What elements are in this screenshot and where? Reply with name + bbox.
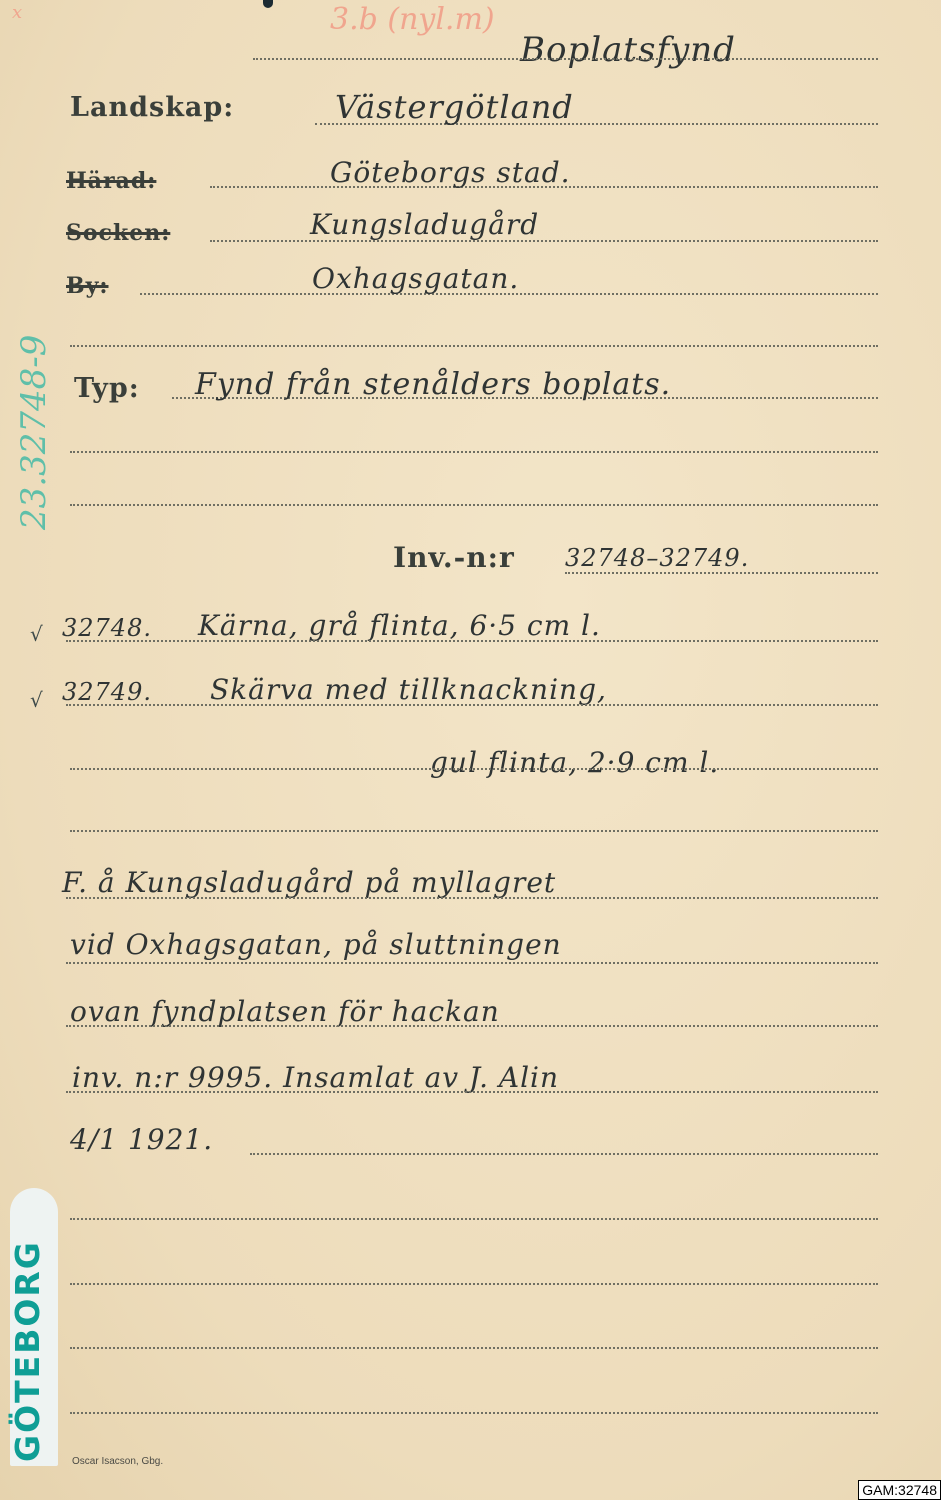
field-value-landskap: Västergötland [335, 88, 574, 126]
item-number: 32748. [62, 614, 152, 642]
field-value-harad: Göteborgs stad. [330, 156, 571, 189]
dotted-line [70, 1283, 878, 1285]
note-line: inv. n:r 9995. Insamlat av J. Alin [72, 1061, 559, 1094]
printer-imprint: Oscar Isacson, Gbg. [72, 1456, 163, 1467]
item-number: 32749. [62, 678, 152, 706]
field-label-socken: Socken: [66, 220, 170, 246]
typ-value: Fynd från stenålders boplats. [195, 367, 671, 402]
dotted-line [70, 504, 878, 506]
dotted-line [70, 1218, 878, 1220]
typ-label: Typ: [74, 373, 140, 404]
dotted-line [66, 704, 878, 706]
item-continuation: gul flinta, 2·9 cm l. [430, 746, 719, 779]
field-value-socken: Kungsladugård [310, 208, 539, 241]
dotted-line [70, 345, 878, 347]
catalog-id-label: GAM:32748 [858, 1480, 941, 1500]
dotted-line [70, 768, 878, 770]
field-label-harad: Härad: [66, 168, 156, 194]
inventory-range: 32748–32749. [565, 544, 749, 572]
note-line: vid Oxhagsgatan, på sluttningen [70, 928, 562, 961]
dotted-line [70, 451, 878, 453]
dotted-line [66, 897, 878, 899]
dotted-line [253, 58, 878, 60]
note-date: 4/1 1921. [70, 1123, 213, 1156]
dotted-line [70, 830, 878, 832]
check-mark: √ [30, 688, 43, 712]
dotted-line [70, 1347, 878, 1349]
inventory-label: Inv.-n:r [393, 541, 515, 574]
field-label-by: By: [66, 273, 109, 299]
note-line: ovan fyndplatsen för hackan [70, 995, 500, 1028]
ink-blot [263, 0, 273, 8]
field-value-by: Oxhagsgatan. [312, 262, 519, 295]
item-description: Skärva med tillknackning, [210, 673, 607, 706]
dotted-line [565, 572, 878, 574]
item-description: Kärna, grå flinta, 6·5 cm l. [198, 609, 601, 642]
dotted-line [70, 1412, 878, 1414]
dotted-line [66, 1091, 878, 1093]
dotted-line [66, 962, 878, 964]
note-line: F. å Kungsladugård på myllagret [62, 866, 556, 899]
check-mark: √ [30, 622, 43, 646]
category-value: Boplatsfynd [520, 30, 736, 70]
field-label-landskap: Landskap: [70, 92, 234, 123]
red-classification-note: 3.b (nyl.m) [330, 2, 495, 37]
dotted-line [66, 1025, 878, 1027]
dotted-line [250, 1153, 878, 1155]
city-tab-label: GÖTEBORG [8, 1240, 47, 1462]
margin-inventory-note: 23.32748-9 [14, 335, 54, 530]
red-mark: x [12, 2, 22, 23]
dotted-line [66, 640, 878, 642]
